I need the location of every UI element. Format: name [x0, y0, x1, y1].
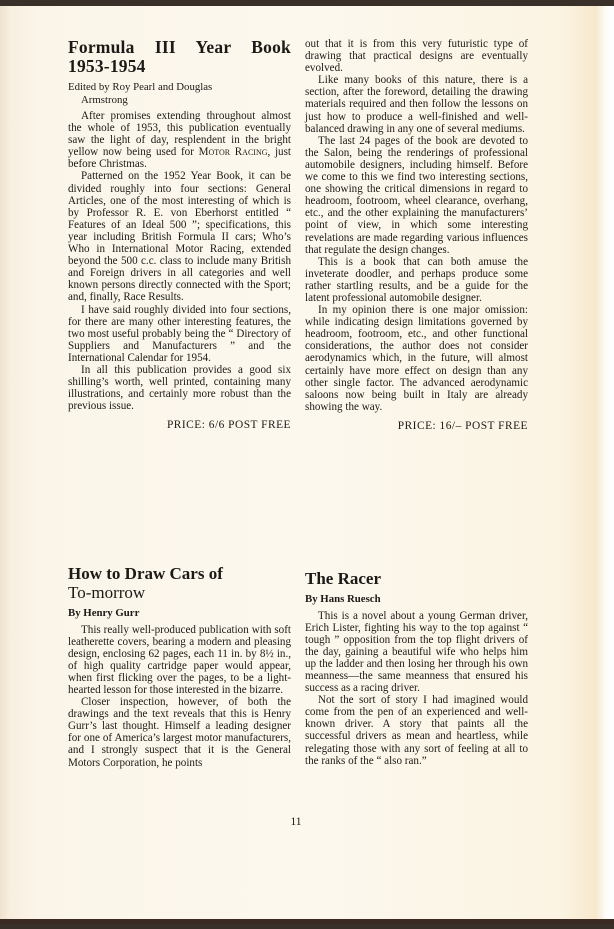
review-byline: By Henry Gurr: [68, 607, 291, 620]
review-title-line1: How to Draw Cars of: [68, 564, 223, 583]
page-edge: [0, 919, 614, 924]
paragraph: Patterned on the 1952 Year Book, it can …: [68, 170, 291, 303]
page-number: 11: [283, 816, 309, 828]
paragraph: This really well-produced publication wi…: [68, 624, 291, 697]
review-title-line2: 1953-1954: [68, 57, 291, 76]
paragraph: Like many books of this nature, there is…: [305, 74, 528, 134]
paragraph: Not the sort of story I had imagined wou…: [305, 694, 528, 767]
paragraph: In all this publication provides a good …: [68, 364, 291, 412]
review-byline: Edited by Roy Pearl and Douglas Armstron…: [68, 81, 291, 106]
review-byline: By Hans Ruesch: [305, 593, 528, 606]
review-how-to-draw-cars-continued: out that it is from this very futuristic…: [305, 38, 528, 432]
paragraph: I have said roughly divided into four se…: [68, 304, 291, 364]
review-how-to-draw-cars: How to Draw Cars of To-morrow By Henry G…: [68, 564, 291, 769]
paragraph: This is a book that can both amuse the i…: [305, 256, 528, 304]
review-title: The Racer: [305, 569, 528, 588]
paragraph: In my opinion there is one major omissio…: [305, 304, 528, 413]
paragraph: out that it is from this very futuristic…: [305, 38, 528, 74]
magazine-name: Motor Racing: [199, 146, 268, 158]
review-formula-iii-year-book: Formula III Year Book 1953-1954 Edited b…: [68, 38, 291, 431]
paragraph: The last 24 pages of the book are devote…: [305, 135, 528, 256]
price: PRICE: 16/– POST FREE: [305, 420, 528, 432]
review-title-line1: Formula III Year Book: [68, 37, 291, 57]
review-title: Formula III Year Book 1953-1954: [68, 38, 291, 76]
review-title-line2: To-morrow: [68, 583, 145, 602]
byline-line2: Armstrong: [68, 94, 291, 107]
byline-line1: Edited by Roy Pearl and Douglas: [68, 81, 212, 93]
paragraph: After promises extending throughout almo…: [68, 110, 291, 170]
paragraph: Closer inspection, however, of both the …: [68, 696, 291, 769]
paragraph: This is a novel about a young German dri…: [305, 610, 528, 695]
review-title: How to Draw Cars of To-morrow: [68, 564, 291, 602]
review-the-racer: The Racer By Hans Ruesch This is a novel…: [305, 569, 528, 767]
price: PRICE: 6/6 POST FREE: [68, 419, 291, 431]
magazine-page: Formula III Year Book 1953-1954 Edited b…: [0, 6, 614, 924]
